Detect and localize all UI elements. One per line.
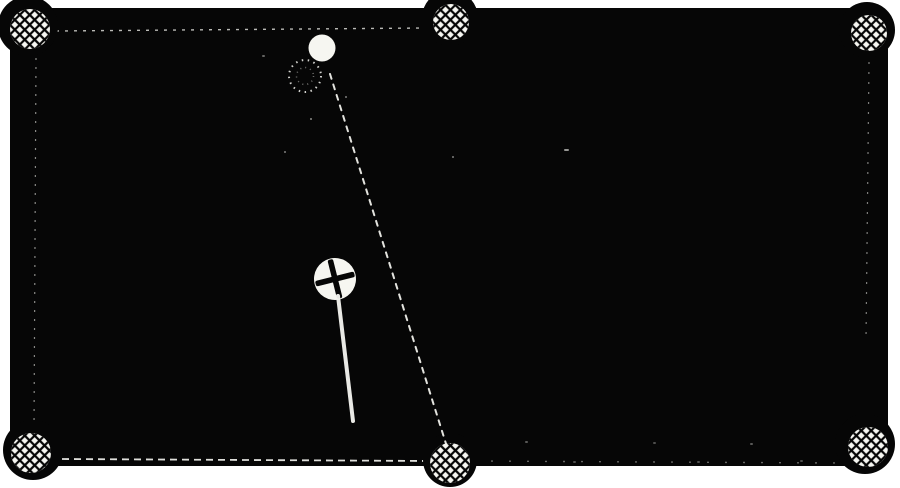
table-bed xyxy=(10,8,888,466)
ghost-ball-outline xyxy=(289,60,321,92)
billiard-diagram xyxy=(0,0,900,488)
speck xyxy=(750,443,753,445)
pocket-ball-hatch xyxy=(430,443,470,483)
speck xyxy=(653,442,656,444)
speck xyxy=(262,55,265,57)
speck xyxy=(697,461,700,463)
scanned-billiards-figure xyxy=(0,0,900,488)
speck xyxy=(525,441,528,443)
speck xyxy=(452,156,454,158)
pocket-ball-hatch xyxy=(10,9,50,49)
speck xyxy=(345,96,347,98)
pocket-bottom-middle xyxy=(423,433,477,487)
speck xyxy=(573,461,576,463)
speck xyxy=(310,118,312,120)
ghost-ball xyxy=(289,60,321,92)
pocket-top-right xyxy=(839,2,895,58)
speck xyxy=(564,149,569,151)
object-ball xyxy=(309,35,336,62)
pocket-bottom-left xyxy=(3,420,63,480)
speck xyxy=(284,151,286,153)
pocket-ball-hatch xyxy=(433,4,469,40)
pocket-ball-hatch xyxy=(848,427,888,467)
speck xyxy=(800,460,803,462)
pocket-ball-hatch xyxy=(11,433,51,473)
pocket-bottom-right xyxy=(835,414,895,474)
pocket-ball-hatch xyxy=(851,15,887,51)
